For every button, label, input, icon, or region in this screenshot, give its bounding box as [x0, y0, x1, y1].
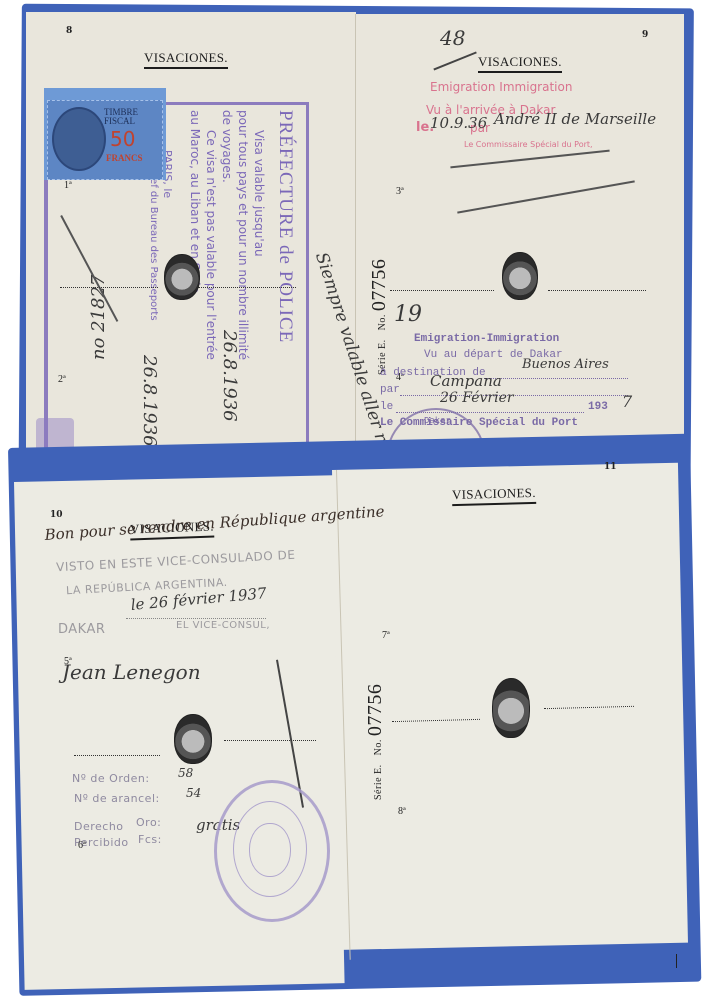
page-number: 8 — [66, 26, 72, 36]
departure-stamp-line5-prefix: le — [380, 401, 393, 413]
handwritten-number-19: 19 — [394, 302, 422, 327]
page-number: 11 — [604, 462, 617, 472]
visa-slot-8: 8ª — [398, 806, 406, 817]
visa-slot-2: 2ª — [58, 374, 66, 385]
fiscal-stamp: TIMBRE FISCAL 50 FRANCS — [44, 88, 166, 180]
argentine-coat-of-arms-icon — [502, 252, 538, 300]
handwritten-arrival-date: 10.9.36 — [430, 114, 487, 132]
fiscal-stamp-currency: FRANCS — [106, 153, 143, 163]
consular-stamp-city: DAKAR — [58, 622, 105, 637]
fee-order-label: Nº de Orden: — [72, 772, 150, 785]
visa-slot-1: 1ª — [64, 180, 72, 191]
page-heading: VISACIONES. — [452, 485, 536, 506]
visa-slot-7: 7ª — [382, 630, 390, 641]
signature-line-right — [548, 290, 646, 291]
vice-consul-signature: Jean Lenegon — [62, 660, 201, 684]
visa-slot-6: 6ª — [78, 840, 86, 851]
police-stamp-line: Visa valable jusqu'au — [252, 110, 266, 440]
signature-line-right — [224, 740, 316, 741]
arrival-stamp-commissioner: Le Commissaire Spécial du Port, — [464, 140, 593, 149]
handwritten-departure-ship: Campana — [430, 372, 502, 390]
page-heading: VISACIONES. — [144, 50, 228, 69]
date-dots — [126, 618, 266, 619]
signature-line-right — [198, 287, 296, 288]
handwritten-year-digit: 7 — [622, 392, 632, 411]
handwritten-issue-date: 26.8.1936 — [139, 355, 160, 447]
fee-tariff-value: 54 — [186, 786, 201, 800]
destination-dots — [484, 378, 628, 379]
fee-tariff-label: Nº de arancel: — [74, 792, 160, 805]
top-spine-fold — [355, 14, 356, 474]
police-stamp-title: PRÉFECTURE de POLICE — [274, 110, 296, 440]
serial-no-label: No. — [373, 739, 384, 755]
departure-stamp-year: 193 — [588, 401, 608, 413]
handwritten-validity-date: 26.8.1936 — [219, 330, 240, 422]
serial-series-label: Série E. — [373, 764, 384, 800]
marianne-portrait-icon — [52, 107, 106, 171]
handwritten-destination: Buenos Aires — [522, 357, 609, 372]
visa-slot-3: 3ª — [396, 186, 404, 197]
fiscal-stamp-inner: TIMBRE FISCAL 50 FRANCS — [47, 100, 163, 180]
fee-unit-oro: Oro: — [136, 816, 161, 829]
round-stamp-text: Dakar — [424, 416, 451, 426]
page-number: 9 — [642, 30, 648, 40]
fiscal-stamp-line2: FISCAL — [104, 116, 135, 126]
serial-number: 07756 — [368, 259, 390, 312]
argentine-coat-of-arms-icon — [492, 678, 530, 738]
passport-serial: Série E. No. 07756 — [368, 259, 391, 375]
fee-label-derecho: Derecho — [74, 820, 124, 833]
fiscal-stamp-value: 50 — [110, 127, 135, 151]
departure-stamp-line1: Emigration-Immigration — [414, 333, 559, 345]
argentine-coat-of-arms-icon — [164, 254, 200, 300]
arrival-stamp-line1: Emigration Immigration — [430, 80, 572, 94]
consular-stamp-vice-consul: EL VICE-CONSUL, — [176, 620, 270, 631]
handwritten-arrival-ship: André II de Marseille — [494, 110, 656, 128]
departure-stamp-line4: par — [380, 384, 400, 396]
seal-coat-of-arms-icon — [249, 823, 291, 877]
signature-line-left — [74, 755, 160, 756]
handwritten-number: 48 — [440, 26, 465, 50]
fee-unit-fcs: Fcs: — [138, 833, 162, 846]
ship-dots — [400, 395, 628, 396]
fee-order-value: 58 — [178, 766, 193, 780]
passport-serial: Série E. No. 07756 — [364, 684, 387, 800]
page-heading: VISACIONES. — [478, 54, 562, 73]
police-stamp-line: Ce visa n'est pas valable pour l'entrée — [204, 110, 218, 440]
serial-number: 07756 — [364, 684, 386, 737]
signature-line-left — [60, 287, 158, 288]
handwritten-departure-date: 26 Février — [440, 390, 514, 406]
consulate-seal: VICE CONSULADO DE LA REPUBLICA ARGENTINA — [214, 780, 330, 922]
page-number: 10 — [50, 510, 63, 520]
page-edge-tick — [676, 954, 677, 968]
argentine-coat-of-arms-icon — [174, 714, 212, 764]
signature-line-left — [390, 290, 494, 291]
serial-no-label: No. — [377, 314, 388, 330]
